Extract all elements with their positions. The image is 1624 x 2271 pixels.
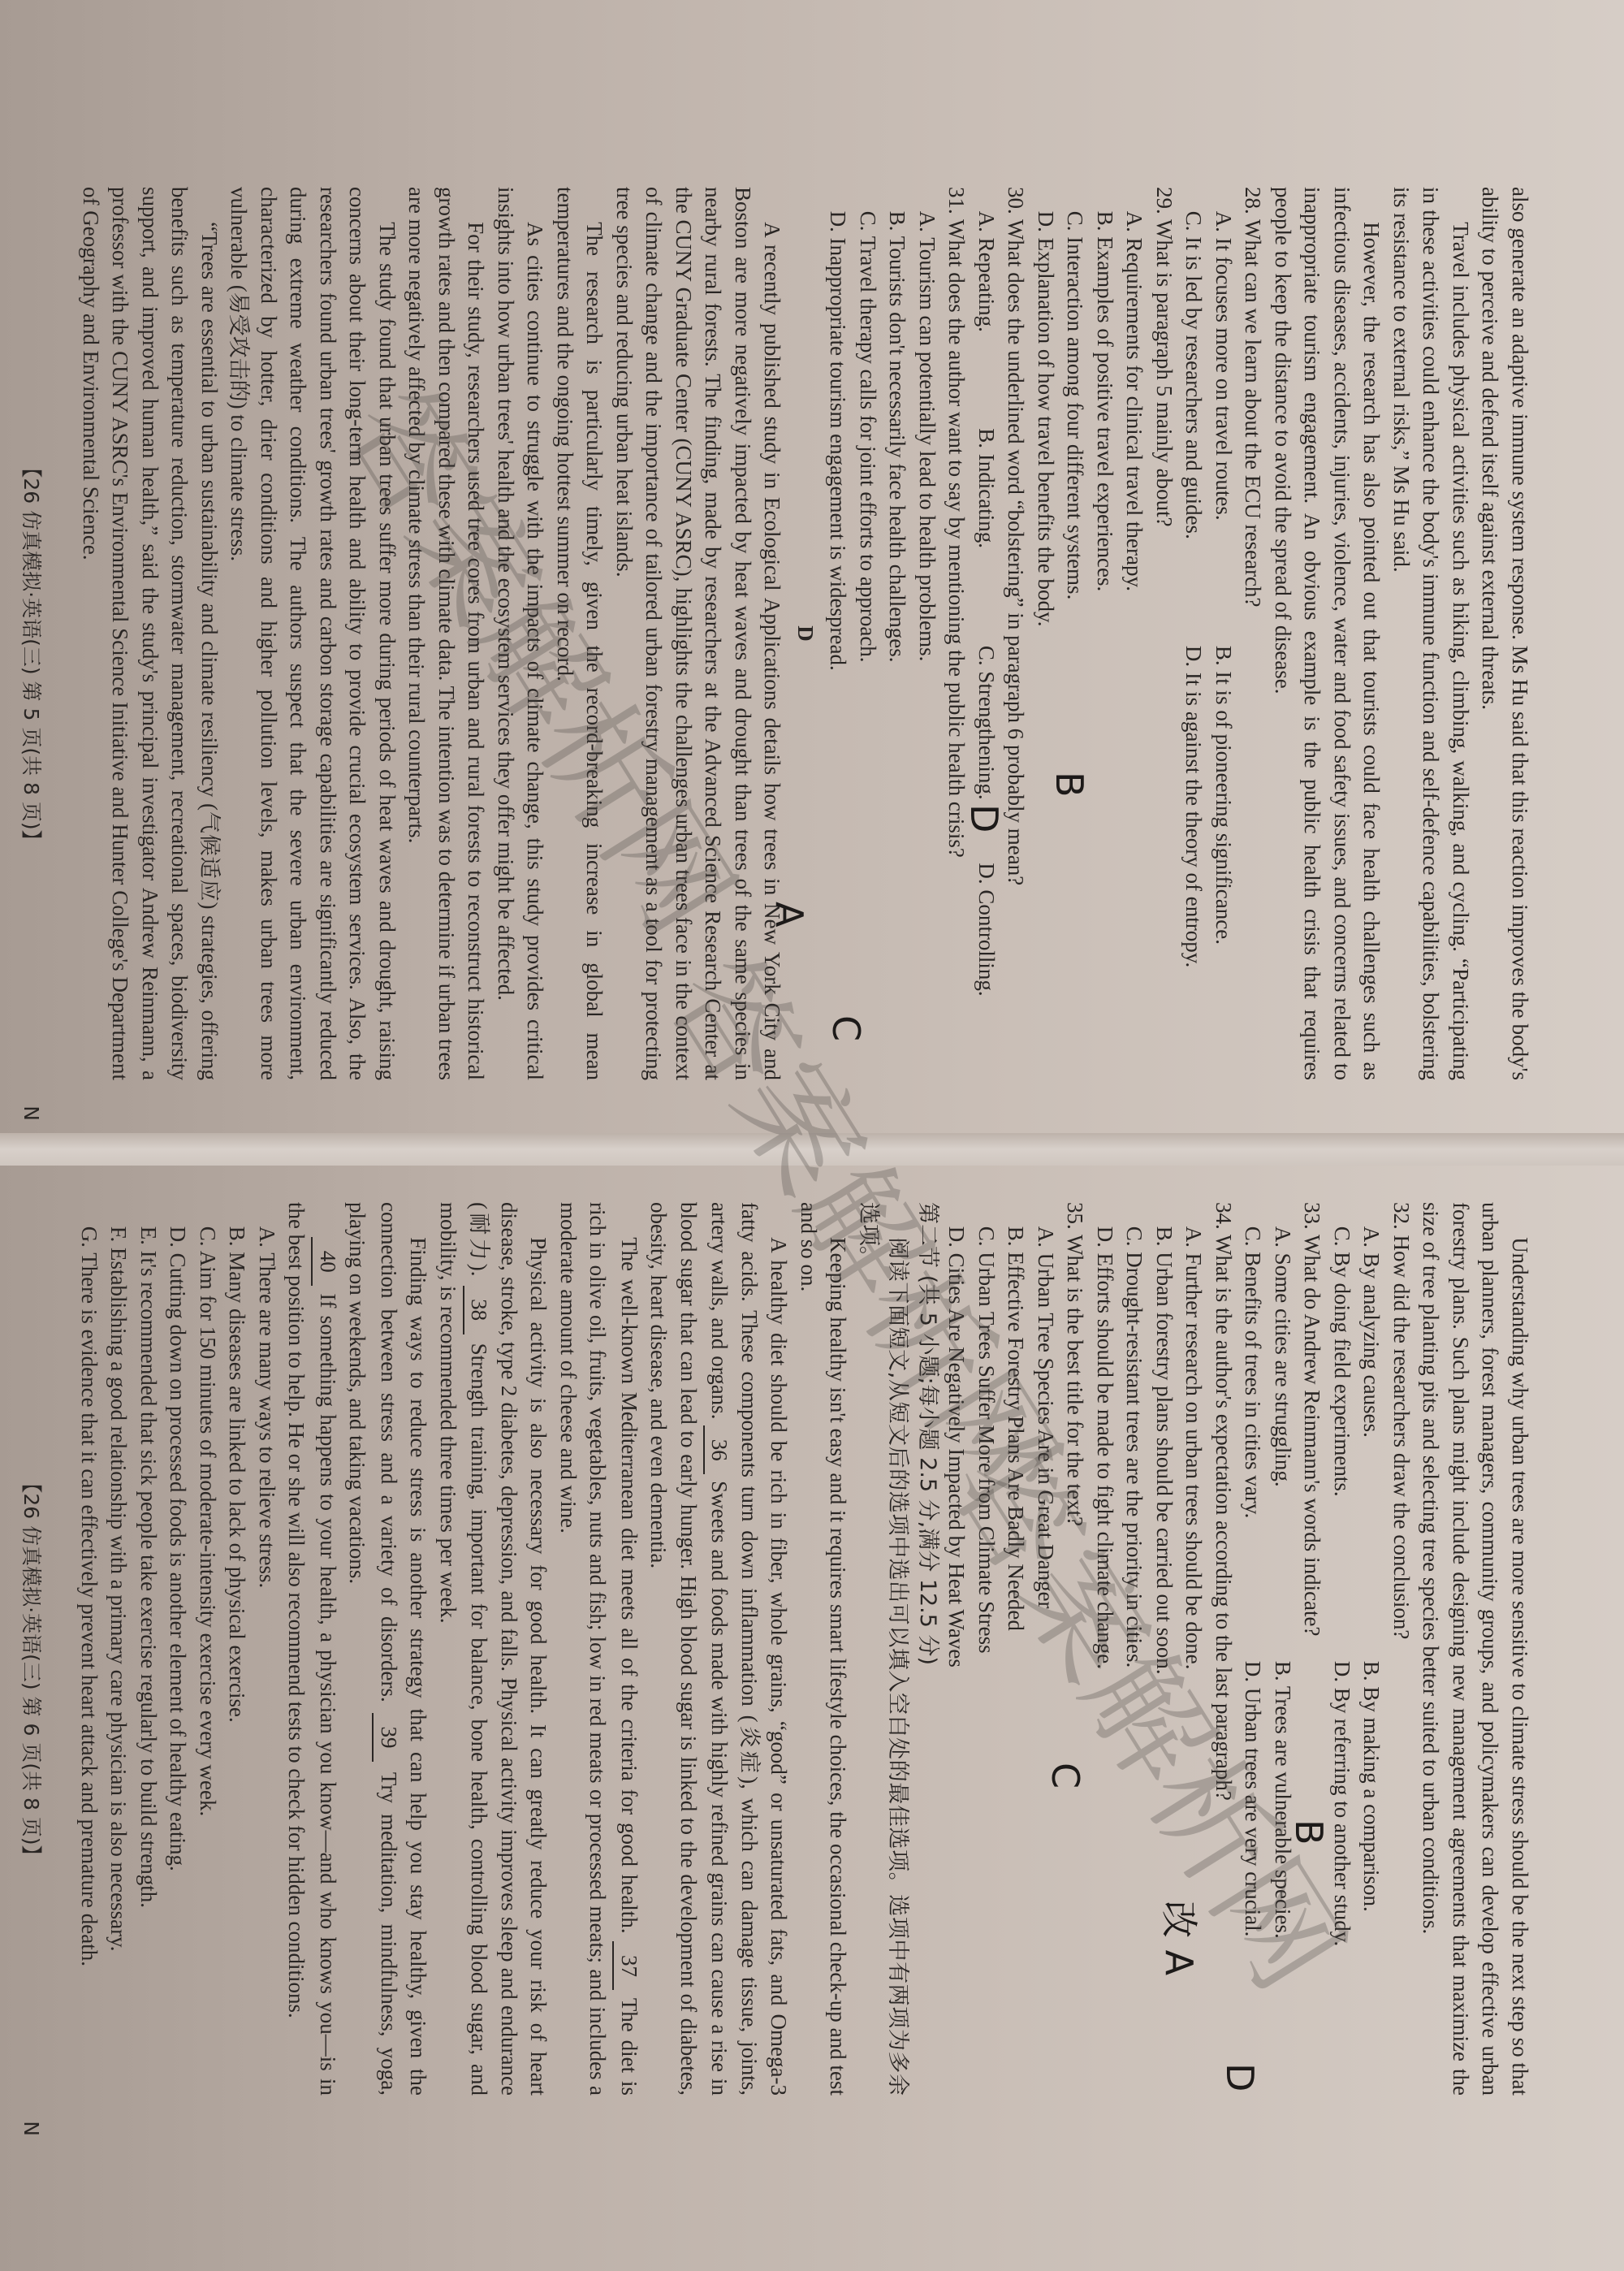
option[interactable]: B. Tourists don't necessarily face healt…	[883, 211, 913, 1080]
question-stem: What is paragraph 5 mainly about?	[1152, 219, 1177, 527]
paragraph: Understanding why urban trees are more s…	[1416, 1202, 1535, 2096]
question-stem: What does the author want to say by ment…	[945, 219, 970, 858]
option[interactable]: D. Cutting down on processed foods is an…	[163, 1226, 193, 2096]
blank-37[interactable]: 37	[613, 1941, 645, 1990]
option[interactable]: C. Travel therapy calls for joint effort…	[853, 211, 883, 1080]
question-32: 32. How did the researchers draw the con…	[1328, 1202, 1417, 2096]
option[interactable]: D. Explanation of how travel benefits th…	[1031, 211, 1061, 1080]
handwritten-answer: B	[1055, 772, 1085, 798]
question-stem: How did the researchers draw the conclus…	[1389, 1235, 1414, 1640]
option[interactable]: B. Trees are vulnerable species.	[1268, 1661, 1298, 2096]
option[interactable]: A. Urban Tree Species Are in Great Dange…	[1031, 1226, 1061, 2096]
cloze-paragraph: A healthy diet should be rich in fiber, …	[644, 1202, 794, 2096]
option[interactable]: B. Indicating.	[972, 428, 1002, 646]
option[interactable]: A. Some cities are struggling.	[1268, 1226, 1298, 1661]
footer-mark: N	[16, 2121, 46, 2136]
option[interactable]: D. Efforts should be made to fight clima…	[1091, 1226, 1121, 2096]
footer-text: 【26 仿真模拟·英语(三) 第 6 页(共 8 页)】	[20, 1473, 44, 1865]
paragraph: Travel includes physical activities such…	[1387, 187, 1476, 1080]
option[interactable]: C. By doing field experiments.	[1328, 1226, 1358, 1661]
option[interactable]: A. Tourism can potentially lead to healt…	[913, 211, 943, 1080]
paragraph: As cities continue to struggle with the …	[491, 187, 551, 1080]
option[interactable]: B. By making a comparison.	[1357, 1661, 1387, 2096]
question-30: 30. What does the underlined word “bolst…	[972, 187, 1031, 1080]
option[interactable]: C. Interaction among four different syst…	[1060, 211, 1091, 1080]
section-instructions: 阅读下面短文,从短文后的选项中选出可以填入空白处的最佳选项。选项中有两项为多余选…	[853, 1202, 913, 2096]
option[interactable]: A. Repeating.	[972, 211, 1002, 429]
exam-page-5: also generate an adaptive immune system …	[49, 187, 1535, 1121]
question-31: 31. What does the author want to say by …	[823, 187, 972, 1080]
paragraph: also generate an adaptive immune system …	[1475, 187, 1535, 1080]
cloze-paragraph: 40 If something happens to your health, …	[282, 1202, 343, 2096]
option[interactable]: D. Inappropriate tourism engagement is w…	[823, 211, 853, 1080]
question-stem: What is the author's expectation accordi…	[1212, 1235, 1236, 1801]
cloze-paragraph: Keeping healthy isn't easy and it requir…	[794, 1202, 853, 2096]
paragraph: “Trees are essential to urban sustainabi…	[76, 187, 225, 1080]
question-33: 33. What do Andrew Reinmann's words indi…	[1238, 1202, 1328, 2096]
handwritten-answer: A	[775, 902, 805, 927]
option[interactable]: D. It is against the theory of entropy.	[1179, 646, 1209, 1080]
paragraph: However, the research has also pointed o…	[1268, 187, 1387, 1080]
option[interactable]: E. It's recommended that sick people tak…	[134, 1226, 164, 2096]
option[interactable]: B. Effective Forestry Plans Are Badly Ne…	[1001, 1226, 1031, 2096]
blank-40[interactable]: 40	[312, 1237, 343, 1286]
option[interactable]: C. Benefits of trees in cities vary.	[1238, 1226, 1268, 1661]
question-stem: What can we learn about the ECU research…	[1242, 219, 1266, 608]
option[interactable]: B. Many diseases are linked to lack of p…	[222, 1226, 253, 2096]
handwritten-answer: B	[1294, 1819, 1324, 1845]
page-6-content: Understanding why urban trees are more s…	[75, 1202, 1535, 2096]
option[interactable]: D. Cities Are Negatively Impacted by Hea…	[942, 1226, 972, 2096]
page-5-content: also generate an adaptive immune system …	[76, 187, 1535, 1080]
question-28: 28. What can we learn about the ECU rese…	[1179, 187, 1268, 1080]
option[interactable]: A. By analyzing causes.	[1357, 1226, 1387, 1661]
paragraph: A recently published study in Ecological…	[610, 187, 788, 1080]
handwritten-answer: C	[1051, 1763, 1081, 1789]
handwritten-answer: 改 A	[1164, 1901, 1194, 1975]
paragraph: For their study, researchers used tree c…	[402, 187, 491, 1080]
option[interactable]: C. Drought-resistant trees are the prior…	[1120, 1226, 1150, 2096]
handwritten-answer: C	[831, 1015, 862, 1041]
question-35: 35. What is the best title for the text?…	[942, 1202, 1091, 2096]
option[interactable]: D. Urban trees are very crucial.	[1238, 1661, 1268, 2096]
blank-39[interactable]: 39	[373, 1713, 404, 1762]
page-footer: 【26 仿真模拟·英语(三) 第 5 页(共 8 页)】 N	[16, 187, 46, 1121]
option[interactable]: C. Urban Trees Suffer More from Climate …	[972, 1226, 1002, 2096]
cloze-paragraph: The well-known Mediterranean diet meets …	[554, 1202, 645, 2096]
handwritten-answer: D	[970, 804, 1000, 833]
option[interactable]: A. It focuses more on travel routes.	[1209, 211, 1239, 646]
question-29: 29. What is paragraph 5 mainly about? A.…	[1031, 187, 1180, 1080]
option[interactable]: B. It is of pioneering significance.	[1209, 646, 1239, 1080]
option[interactable]: B. Examples of positive travel experienc…	[1091, 211, 1121, 1080]
option[interactable]: F. Establishing a good relationship with…	[104, 1226, 134, 2096]
option[interactable]: A. There are many ways to relieve stress…	[253, 1226, 283, 2096]
question-stem: What is the best title for the text?	[1064, 1235, 1088, 1526]
cloze-paragraph: Physical activity is also necessary for …	[434, 1202, 554, 2096]
option[interactable]: D. Controlling.	[972, 863, 1002, 1080]
footer-mark: N	[16, 1105, 46, 1121]
option[interactable]: C. Aim for 150 minutes of moderate-inten…	[193, 1226, 223, 2096]
page-footer: 【26 仿真模拟·英语(三) 第 6 页(共 8 页)】 N	[16, 1202, 46, 2136]
blank-38[interactable]: 38	[463, 1286, 495, 1334]
blank-36[interactable]: 36	[703, 1425, 735, 1474]
passage-label: D	[791, 187, 821, 1080]
cloze-paragraph: Finding ways to reduce stress is another…	[343, 1202, 434, 2096]
cloze-options: A. There are many ways to relieve stress…	[75, 1226, 283, 2096]
option[interactable]: D. By referring to another study.	[1328, 1661, 1358, 2096]
paragraph: The study found that urban trees suffer …	[224, 187, 402, 1080]
option[interactable]: C. It is led by researchers and guides.	[1179, 211, 1209, 646]
section-header: 第二节 (共 5 小题;每小题 2.5 分,满分 12.5 分)	[913, 1202, 943, 2096]
handwritten-answer: D	[1225, 2063, 1255, 2091]
question-stem: What do Andrew Reinmann's words indicate…	[1301, 1235, 1325, 1637]
cloze-passage: Keeping healthy isn't easy and it requir…	[282, 1202, 853, 2096]
question-stem: What does the underlined word “bolsterin…	[1004, 219, 1029, 885]
exam-page-6: Understanding why urban trees are more s…	[49, 1202, 1535, 2136]
page-fold	[0, 1133, 1624, 1166]
option[interactable]: G. There is evidence that it can effecti…	[75, 1226, 105, 2096]
paragraph: The research is particularly timely, giv…	[551, 187, 610, 1080]
option[interactable]: A. Requirements for clinical travel ther…	[1120, 211, 1150, 1080]
footer-text: 【26 仿真模拟·英语(三) 第 5 页(共 8 页)】	[20, 457, 44, 850]
